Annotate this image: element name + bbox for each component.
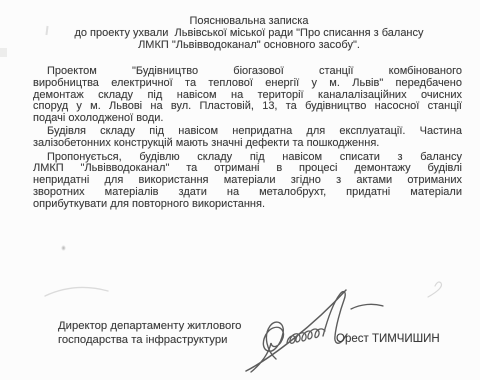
text-line: виробництва електричної та теплової енер… (33, 78, 462, 90)
text-line: зворотних матеріалів здати на металобрух… (33, 187, 462, 199)
signer-title-line: Директор департаменту житлового (58, 320, 241, 334)
document-title: Пояснювальна записка до проекту ухвали Л… (33, 16, 465, 51)
paragraph: Проектом "Будівництво біогазової станції… (33, 66, 462, 125)
signature (243, 281, 385, 380)
text-line: подачі охолодженої води. (33, 113, 462, 125)
signer-name: Орест ТИМЧИШИН (336, 334, 440, 346)
title-line: до проекту ухвали Львівської міської рад… (33, 28, 465, 40)
title-line: ЛМКП "Львівводоканал" основного засобу". (33, 40, 465, 52)
signer-title: Директор департаменту житлового господар… (58, 320, 241, 347)
document-page: Пояснювальна записка до проекту ухвали Л… (0, 0, 480, 380)
paragraph: Будівля складу під навісом непридатна дл… (33, 126, 462, 150)
scan-speck (61, 245, 66, 251)
text-line: залізобетонних конструкцій мають значні … (33, 138, 462, 150)
document-body: Проектом "Будівництво біогазової станції… (33, 66, 462, 211)
scan-edge-artifact (0, 48, 7, 57)
text-line: оприбуткувати для повторного використанн… (33, 199, 462, 211)
signer-title-line: господарства та інфраструктури (58, 334, 241, 348)
paragraph: Пропонується, будівлю складу під навісом… (33, 152, 462, 211)
